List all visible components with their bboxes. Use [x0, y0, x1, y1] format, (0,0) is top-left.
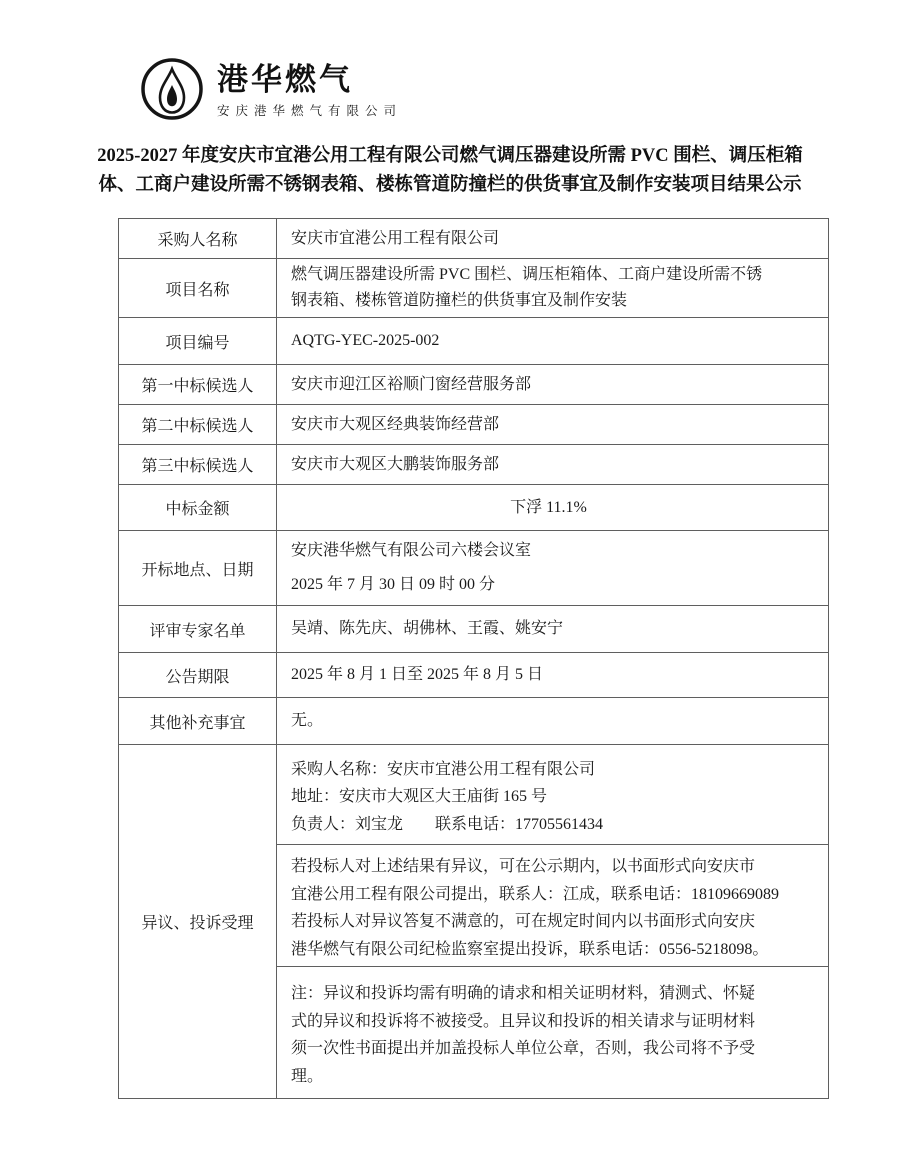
table-row-objection-contact: 异议、投诉受理 采购人名称：安庆市宜港公用工程有限公司 地址：安庆市大观区大王庙…	[119, 745, 829, 845]
row-value: 燃气调压器建设所需 PVC 围栏、调压柜箱体、工商户建设所需不锈 钢表箱、楼栋管…	[277, 259, 829, 318]
table-row-project-number: 项目编号 AQTG-YEC-2025-002	[119, 318, 829, 365]
row-label: 中标金额	[119, 485, 277, 531]
table-row-experts: 评审专家名单 吴靖、陈先庆、胡佛林、王霞、姚安宁	[119, 606, 829, 653]
objection-note-cell: 注：异议和投诉均需有明确的请求和相关证明材料，猜测式、怀疑 式的异议和投诉将不被…	[277, 967, 829, 1099]
table-row-first-candidate: 第一中标候选人 安庆市迎江区裕顺门窗经营服务部	[119, 365, 829, 405]
row-label: 第二中标候选人	[119, 405, 277, 445]
brand-name: 港华燃气	[217, 65, 402, 95]
row-value: 安庆市迎江区裕顺门窗经营服务部	[277, 365, 829, 405]
row-label: 开标地点、日期	[119, 531, 277, 606]
row-value: 安庆港华燃气有限公司六楼会议室 2025 年 7 月 30 日 09 时 00 …	[277, 531, 829, 606]
page-title: 2025-2027 年度安庆市宜港公用工程有限公司燃气调压器建设所需 PVC 围…	[84, 142, 816, 200]
row-value: 吴靖、陈先庆、胡佛林、王霞、姚安宁	[277, 606, 829, 653]
objection-label: 异议、投诉受理	[119, 745, 277, 1099]
objection-procedure-cell: 若投标人对上述结果有异议，可在公示期内，以书面形式向安庆市 宜港公用工程有限公司…	[277, 845, 829, 967]
row-value: 2025 年 8 月 1 日至 2025 年 8 月 5 日	[277, 653, 829, 698]
row-value: 安庆市大观区经典装饰经营部	[277, 405, 829, 445]
row-value: 无。	[277, 698, 829, 745]
company-name: 安庆港华燃气有限公司	[217, 101, 402, 119]
row-label: 其他补充事宜	[119, 698, 277, 745]
row-label: 公告期限	[119, 653, 277, 698]
table-row-announcement-period: 公告期限 2025 年 8 月 1 日至 2025 年 8 月 5 日	[119, 653, 829, 698]
table-row-purchaser: 采购人名称 安庆市宜港公用工程有限公司	[119, 219, 829, 259]
row-label: 第三中标候选人	[119, 445, 277, 485]
result-table: 采购人名称 安庆市宜港公用工程有限公司 项目名称 燃气调压器建设所需 PVC 围…	[118, 218, 829, 1099]
row-value: AQTG-YEC-2025-002	[277, 318, 829, 365]
table-row-third-candidate: 第三中标候选人 安庆市大观区大鹏装饰服务部	[119, 445, 829, 485]
row-label: 评审专家名单	[119, 606, 277, 653]
company-logo: 港华燃气 安庆港华燃气有限公司	[138, 56, 402, 124]
table-row-second-candidate: 第二中标候选人 安庆市大观区经典装饰经营部	[119, 405, 829, 445]
row-label: 项目名称	[119, 259, 277, 318]
row-value: 安庆市大观区大鹏装饰服务部	[277, 445, 829, 485]
table-row-bid-opening: 开标地点、日期 安庆港华燃气有限公司六楼会议室 2025 年 7 月 30 日 …	[119, 531, 829, 606]
announcement-page: 港华燃气 安庆港华燃气有限公司 2025-2027 年度安庆市宜港公用工程有限公…	[0, 0, 900, 1158]
table-row-award-amount: 中标金额 下浮 11.1%	[119, 485, 829, 531]
flame-in-circle-icon	[138, 56, 206, 124]
row-value: 安庆市宜港公用工程有限公司	[277, 219, 829, 259]
row-value: 下浮 11.1%	[277, 485, 829, 531]
row-label: 采购人名称	[119, 219, 277, 259]
row-label: 项目编号	[119, 318, 277, 365]
objection-contact-cell: 采购人名称：安庆市宜港公用工程有限公司 地址：安庆市大观区大王庙街 165 号 …	[277, 745, 829, 845]
table-row-project-name: 项目名称 燃气调压器建设所需 PVC 围栏、调压柜箱体、工商户建设所需不锈 钢表…	[119, 259, 829, 318]
row-label: 第一中标候选人	[119, 365, 277, 405]
table-row-other-matters: 其他补充事宜 无。	[119, 698, 829, 745]
logo-text-block: 港华燃气 安庆港华燃气有限公司	[217, 56, 402, 119]
